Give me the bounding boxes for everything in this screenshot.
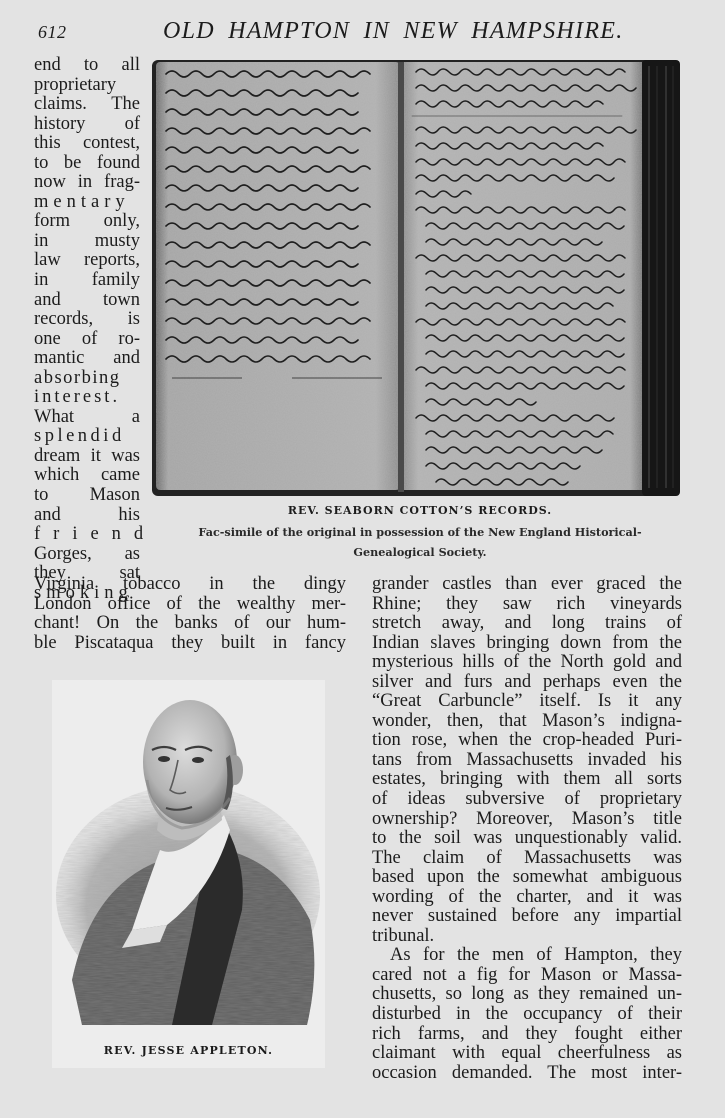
text-line: chant! On the banks of our hum- [34, 614, 346, 634]
manuscript-facsimile-image [152, 58, 682, 496]
text-line: and town [34, 291, 140, 311]
text-line: records, is [34, 310, 140, 330]
text-line: Gorges, as [34, 545, 140, 565]
text-line: wording of the charter, and it was [372, 888, 682, 908]
portrait-caption: REV. JESSE APPLETON. [52, 1044, 325, 1057]
text-line: Virginia tobacco in the dingy [34, 575, 346, 595]
text-line: grander castles than ever graced the [372, 575, 682, 595]
text-line: splendid [34, 427, 140, 447]
page-number: 612 [38, 22, 67, 43]
text-line: The claim of Massachusetts was [372, 849, 682, 869]
text-line: mentary [34, 193, 140, 213]
text-line: tribunal. [372, 927, 682, 947]
text-line: this contest, [34, 134, 140, 154]
manuscript-figure-title: REV. SEABORN COTTON’S RECORDS. [150, 504, 690, 517]
text-line: “Great Carbuncle” itself. Is it any [372, 692, 682, 712]
paragraph: grander castles than ever graced the Rhi… [372, 575, 682, 946]
text-line: never sustained before any impartial [372, 907, 682, 927]
right-text-column: grander castles than ever graced the Rhi… [372, 575, 682, 1083]
text-line: chusetts, so long as they remained un- [372, 985, 682, 1005]
running-title: OLD HAMPTON IN NEW HAMPSHIRE. [163, 18, 624, 45]
text-line: estates, bringing with them all sorts [372, 770, 682, 790]
running-header: 612 OLD HAMPTON IN NEW HAMPSHIRE. [0, 18, 725, 48]
text-line: claims. The [34, 95, 140, 115]
text-line: history of [34, 115, 140, 135]
text-line: disturbed in the occupancy of their [372, 1005, 682, 1025]
caption-line: Genealogical Society. [150, 542, 690, 562]
text-line: mysterious hills of the North gold and [372, 653, 682, 673]
paragraph: As for the men of Hampton, they cared no… [372, 946, 682, 1083]
text-line: rich farms, and they fought either [372, 1025, 682, 1045]
text-line: silver and furs and perhaps even the [372, 673, 682, 693]
text-line: proprietary [34, 76, 140, 96]
text-line: to be found [34, 154, 140, 174]
text-line: London office of the wealthy mer- [34, 595, 346, 615]
text-line: law reports, [34, 251, 140, 271]
left-text-column: Virginia tobacco in the dingy London off… [34, 575, 346, 653]
text-line: which came [34, 466, 140, 486]
text-line: to the soil was unquestionably valid. [372, 829, 682, 849]
text-line: now in frag- [34, 173, 140, 193]
text-line: of ideas subversive of proprietary [372, 790, 682, 810]
text-line: friend [34, 525, 140, 545]
text-line: dream it was [34, 447, 140, 467]
text-line: claimant with equal cheerfulness as [372, 1044, 682, 1064]
portrait-engraving-image: REV. JESSE APPLETON. [52, 680, 325, 1068]
text-line: based upon the somewhat ambiguous [372, 868, 682, 888]
narrow-text-column: end to all proprietary claims. The histo… [34, 56, 140, 603]
text-line: form only, [34, 212, 140, 232]
text-line: end to all [34, 56, 140, 76]
text-line: Indian slaves bringing down from the [372, 634, 682, 654]
text-line: stretch away, and long trains of [372, 614, 682, 634]
text-line: What a [34, 408, 140, 428]
text-line: mantic and [34, 349, 140, 369]
text-line: one of ro- [34, 330, 140, 350]
text-line: ownership? Moreover, Mason’s title [372, 810, 682, 830]
text-line: in musty [34, 232, 140, 252]
text-line: cared not a fig for Mason or Massa- [372, 966, 682, 986]
text-line: Rhine; they saw rich vineyards [372, 595, 682, 615]
text-line: tans from Massachusetts invaded his [372, 751, 682, 771]
text-line: As for the men of Hampton, they [372, 946, 682, 966]
text-line: in family [34, 271, 140, 291]
manuscript-figure-caption: Fac-simile of the original in possession… [150, 522, 690, 562]
text-line: ble Piscataqua they built in fancy [34, 634, 346, 654]
text-line: tion rose, when the crop-headed Puri- [372, 731, 682, 751]
caption-line: Fac-simile of the original in possession… [150, 522, 690, 542]
text-line: absorbing [34, 369, 140, 389]
text-line: occasion demanded. The most inter- [372, 1064, 682, 1084]
text-line: interest. [34, 388, 140, 408]
text-line: to Mason [34, 486, 140, 506]
text-line: wonder, then, that Mason’s indigna- [372, 712, 682, 732]
text-line: and his [34, 506, 140, 526]
